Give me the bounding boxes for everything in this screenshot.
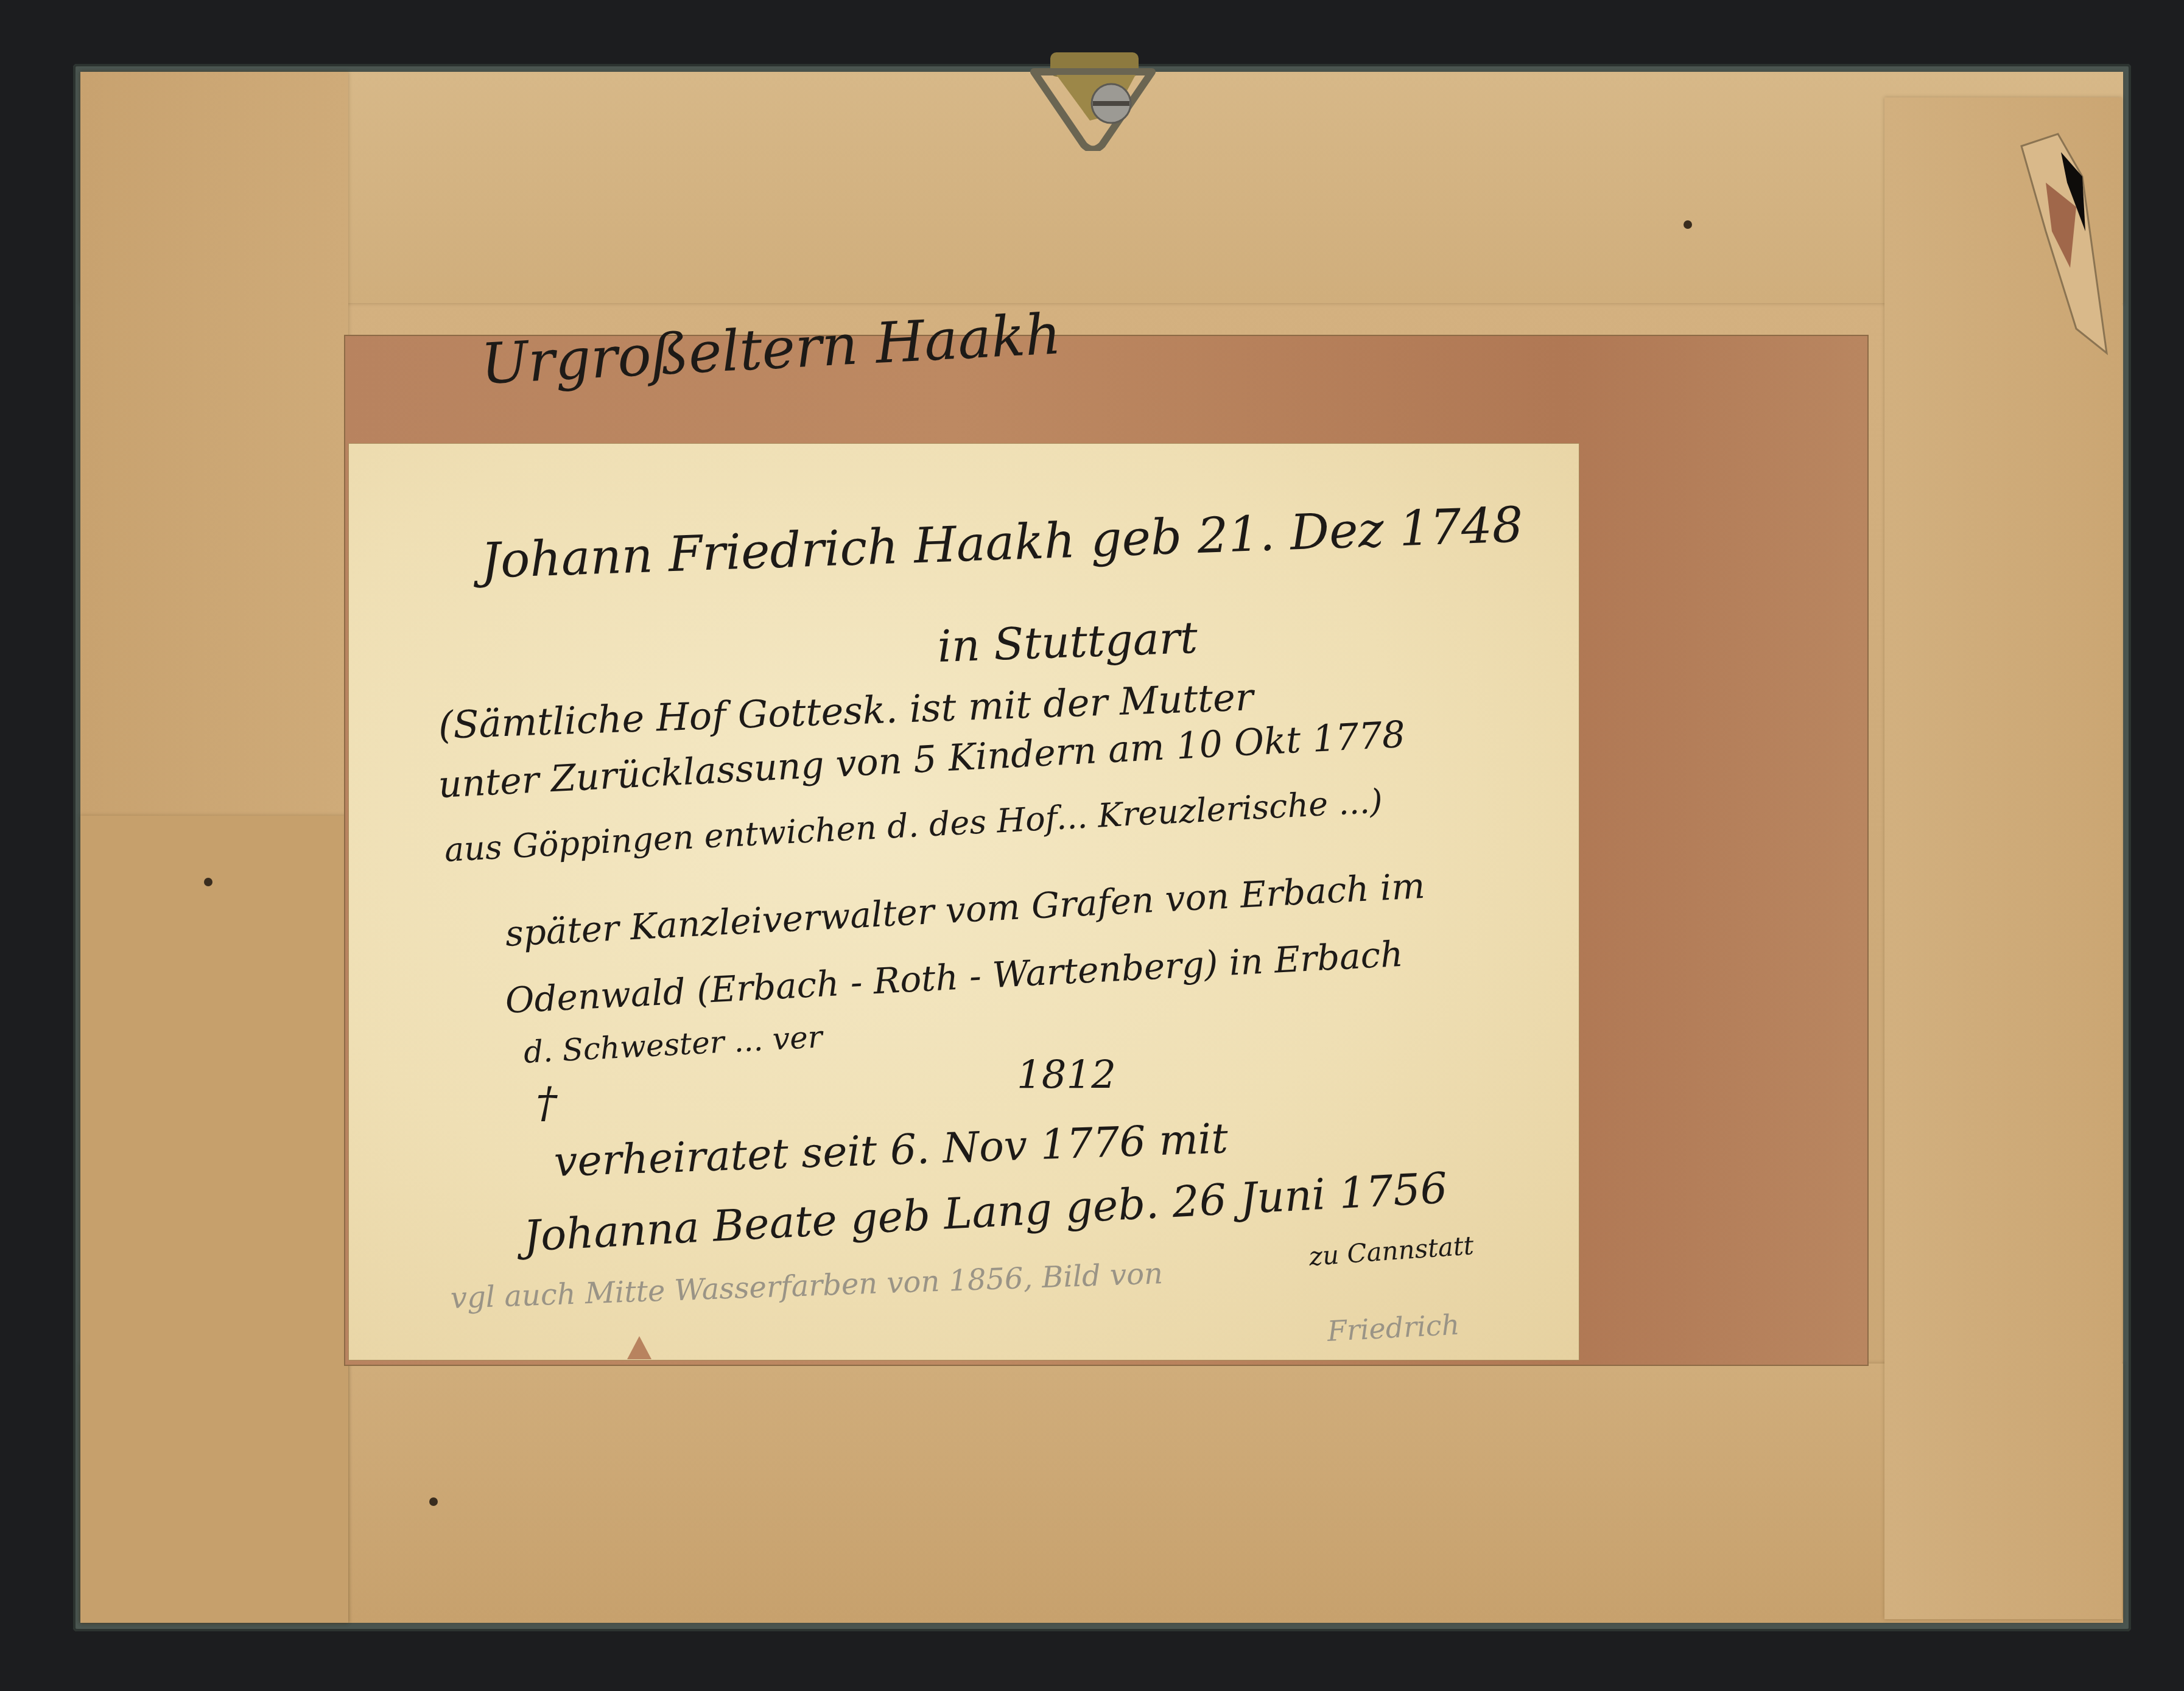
card-line-2: in Stuttgart (937, 612, 1199, 672)
brass-hanger-icon (1023, 47, 1163, 151)
nail-hole (1684, 220, 1692, 229)
paper-tape-left-lower (80, 816, 348, 1623)
pencil-note-line-2: Friedrich (1327, 1308, 1461, 1348)
card-line-death-year: 1812 (1017, 1053, 1116, 1098)
nail-hole (204, 878, 212, 886)
torn-corner-icon (2009, 110, 2119, 365)
paper-tape-bottom (80, 1364, 2123, 1623)
nail-hole (429, 1497, 438, 1506)
tear-notch-icon (627, 1336, 651, 1360)
death-cross-icon: † (536, 1077, 557, 1127)
